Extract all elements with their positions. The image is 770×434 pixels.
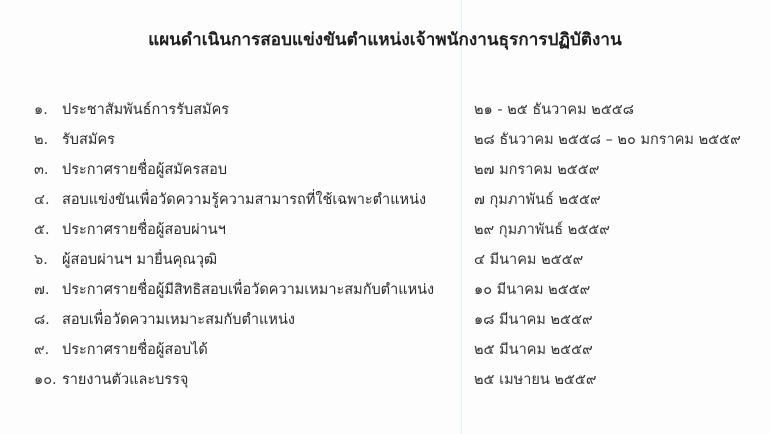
schedule-row: ๒. รับสมัคร ๒๘ ธันวาคม ๒๕๕๘ – ๒๐ มกราคม … [0,127,770,157]
row-task: สอบเพื่อวัดความเหมาะสมกับตำแหน่ง [62,307,295,333]
schedule-row: ๑๐. รายงานตัวและบรรจุ ๒๕ เมษายน ๒๕๕๙ [0,367,770,397]
schedule-row: ๗. ประกาศรายชื่อผู้มีสิทธิสอบเพื่อวัดควา… [0,277,770,307]
row-task: ประกาศรายชื่อผู้สอบผ่านฯ [62,217,226,243]
row-number: ๘. [34,307,50,333]
row-task: ประชาสัมพันธ์การรับสมัคร [62,97,229,123]
row-task: รายงานตัวและบรรจุ [62,367,188,393]
row-date: ๑๐ มีนาคม ๒๕๕๙ [474,277,590,303]
row-number: ๗. [34,277,50,303]
schedule-list: ๑. ประชาสัมพันธ์การรับสมัคร ๒๑ - ๒๕ ธันว… [0,97,770,397]
schedule-row: ๕. ประกาศรายชื่อผู้สอบผ่านฯ ๒๙ กุมภาพันธ… [0,217,770,247]
document-title: แผนดำเนินการสอบแข่งขันตำแหน่งเจ้าพนักงาน… [0,26,770,53]
row-number: ๑. [34,97,48,123]
row-date: ๒๗ มกราคม ๒๕๕๙ [474,157,599,183]
row-number: ๙. [34,337,49,363]
row-task: รับสมัคร [62,127,115,153]
row-date: ๒๕ เมษายน ๒๕๕๙ [474,367,597,393]
row-number: ๓. [34,157,49,183]
schedule-row: ๑. ประชาสัมพันธ์การรับสมัคร ๒๑ - ๒๕ ธันว… [0,97,770,127]
schedule-row: ๔. สอบแข่งขันเพื่อวัดความรู้ความสามารถที… [0,187,770,217]
row-task: ประกาศรายชื่อผู้สอบได้ [62,337,208,363]
row-number: ๕. [34,217,50,243]
schedule-row: ๓. ประกาศรายชื่อผู้สมัครสอบ ๒๗ มกราคม ๒๕… [0,157,770,187]
schedule-row: ๙. ประกาศรายชื่อผู้สอบได้ ๒๕ มีนาคม ๒๕๕๙ [0,337,770,367]
row-date: ๒๑ - ๒๕ ธันวาคม ๒๕๕๘ [474,97,634,123]
row-date: ๒๘ ธันวาคม ๒๕๕๘ – ๒๐ มกราคม ๒๕๕๙ [474,127,741,153]
row-date: ๑๘ มีนาคม ๒๕๕๙ [474,307,593,333]
schedule-row: ๘. สอบเพื่อวัดความเหมาะสมกับตำแหน่ง ๑๘ ม… [0,307,770,337]
schedule-row: ๖. ผู้สอบผ่านฯ มายื่นคุณวุฒิ ๔ มีนาคม ๒๕… [0,247,770,277]
row-number: ๖. [34,247,48,273]
row-date: ๔ มีนาคม ๒๕๕๙ [474,247,583,273]
row-task: ประกาศรายชื่อผู้สมัครสอบ [62,157,227,183]
row-number: ๑๐. [34,367,57,393]
row-date: ๒๙ กุมภาพันธ์ ๒๕๕๙ [474,217,610,243]
row-task: ประกาศรายชื่อผู้มีสิทธิสอบเพื่อวัดความเห… [62,277,434,303]
row-date: ๒๕ มีนาคม ๒๕๕๙ [474,337,593,363]
row-number: ๔. [34,187,50,213]
row-number: ๒. [34,127,48,153]
row-task: สอบแข่งขันเพื่อวัดความรู้ความสามารถที่ใช… [62,187,426,213]
row-task: ผู้สอบผ่านฯ มายื่นคุณวุฒิ [62,247,217,273]
row-date: ๗ กุมภาพันธ์ ๒๕๕๙ [474,187,601,213]
